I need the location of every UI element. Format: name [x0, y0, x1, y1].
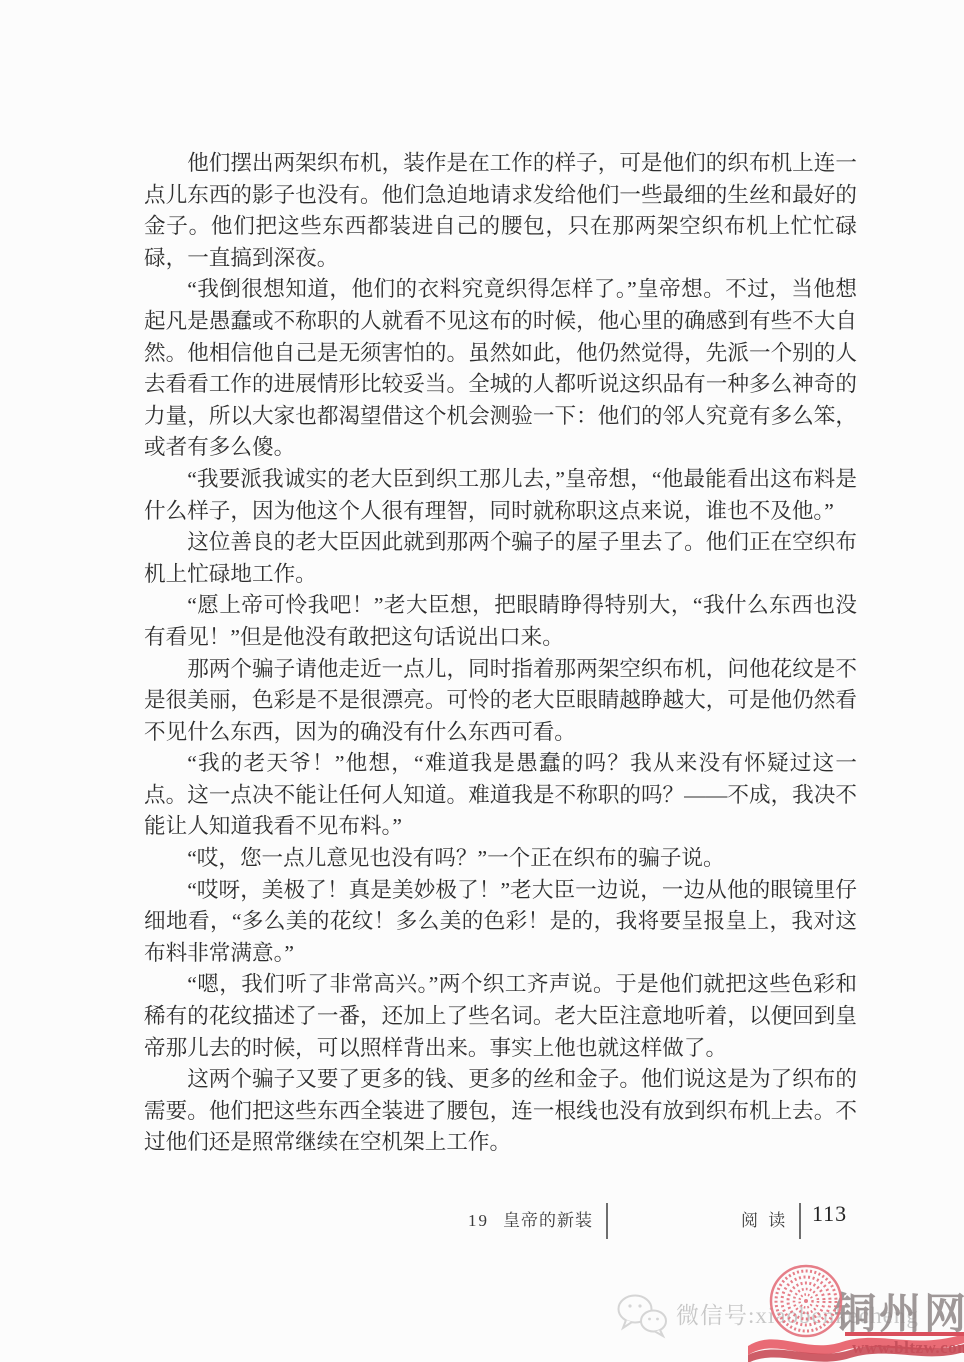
footer-lesson-label: 19皇帝的新装 [468, 1206, 593, 1231]
story-paragraph: 这两个骗子又要了更多的钱、更多的丝和金子。他们说这是为了织布的需要。他们把这些东… [144, 1064, 857, 1159]
footer-divider-right [799, 1203, 801, 1239]
footer-divider-left [606, 1203, 608, 1239]
story-paragraph: 他们摆出两架织布机，装作是在工作的样子，可是他们的织布机上连一点儿东西的影子也没… [144, 148, 857, 274]
page-number: 113 [812, 1201, 847, 1227]
lesson-number: 19 [468, 1211, 489, 1230]
story-paragraph: “愿上帝可怜我吧！”老大臣想，把眼睛睁得特别大，“我什么东西也没有看见！”但是他… [144, 590, 857, 653]
story-paragraph: “我要派我诚实的老大臣到织工那儿去，”皇帝想，“他最能看出这布料是什么样子，因为… [144, 464, 857, 527]
story-paragraph: 这位善良的老大臣因此就到那两个骗子的屋子里去了。他们正在空织布机上忙碌地工作。 [144, 527, 857, 590]
textbook-page: 他们摆出两架织布机，装作是在工作的样子，可是他们的织布机上连一点儿东西的影子也没… [0, 0, 964, 1362]
wechat-icon [616, 1290, 670, 1345]
footer-section-label: 阅 读 [741, 1206, 788, 1231]
story-paragraph: “哎，您一点儿意见也没有吗？”一个正在织布的骗子说。 [144, 843, 857, 875]
lesson-title: 皇帝的新装 [503, 1211, 593, 1230]
site-url-watermark: www.bltzw.com [852, 1338, 964, 1358]
site-name-underline [845, 1332, 964, 1336]
story-paragraph: “嗯，我们听了非常高兴。”两个织工齐声说。于是他们就把这些色彩和稀有的花纹描述了… [144, 969, 857, 1064]
story-text-block: 他们摆出两架织布机，装作是在工作的样子，可是他们的织布机上连一点儿东西的影子也没… [144, 148, 857, 1159]
story-paragraph: 那两个骗子请他走近一点儿，同时指着那两架空织布机，问他花纹是不是很美丽，色彩是不… [144, 654, 857, 749]
story-paragraph: “哎呀，美极了！真是美妙极了！”老大臣一边说，一边从他的眼镜里仔细地看，“多么美… [144, 875, 857, 970]
story-paragraph: “我倒很想知道，他们的衣料究竟织得怎样了。”皇帝想。不过，当他想起凡是愚蠢或不称… [144, 274, 857, 464]
story-paragraph: “我的老天爷！”他想，“难道我是愚蠢的吗？我从来没有怀疑过这一点。这一点决不能让… [144, 748, 857, 843]
